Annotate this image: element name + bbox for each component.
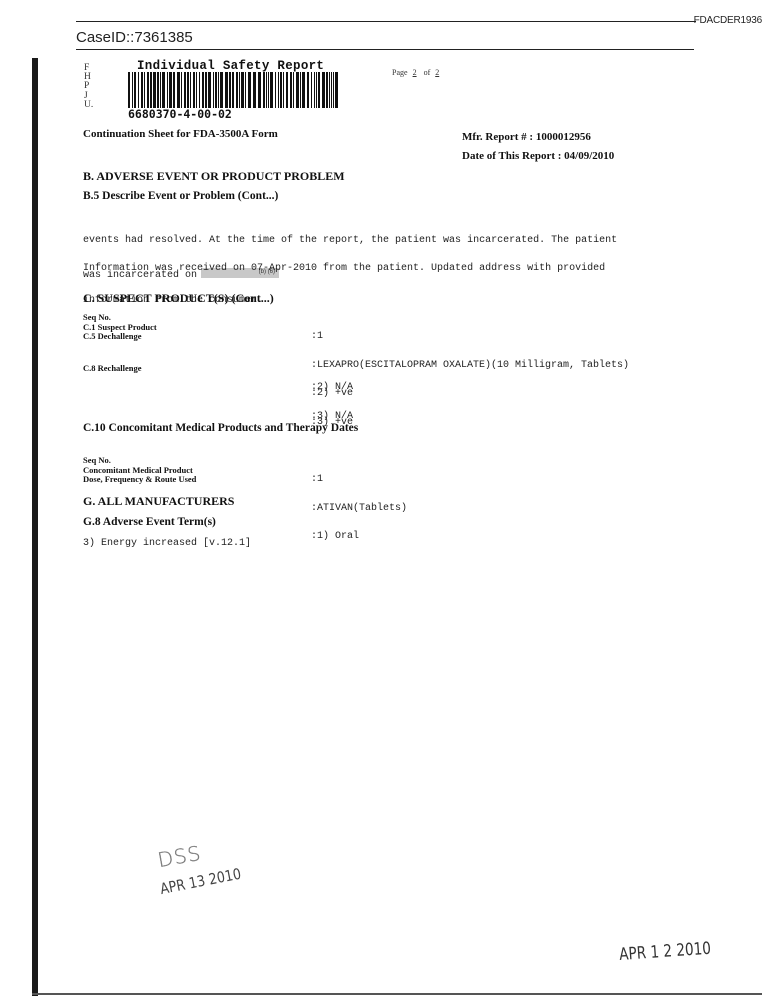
barcode-icon [128,72,338,108]
section-c10-heading: C.10 Concomitant Medical Products and Th… [83,422,358,434]
report-title: Individual Safety Report [137,59,324,73]
continuation-title: Continuation Sheet for FDA-3500A Form [83,128,278,140]
section-g8-heading: G.8 Adverse Event Term(s) [83,516,216,528]
page-current: 2 [410,68,420,77]
initials-stamp: DSS [156,841,203,872]
received-date-stamp-2: APR 1 2 2010 [619,939,712,965]
report-date: Date of This Report : 04/09/2010 [462,150,614,162]
section-b5-heading: B.5 Describe Event or Problem (Cont...) [83,190,278,202]
adverse-event-term: 3) Energy increased [v.12.1] [83,539,251,550]
section-b-heading: B. ADVERSE EVENT OR PRODUCT PROBLEM [83,169,345,184]
case-id: CaseID::7361385 [76,29,193,46]
rechallenge-values: :2) N/A :3) N/A [311,364,353,431]
document-code: FDACDER1936 [694,15,762,26]
scan-left-edge [32,58,38,996]
concomitant-labels: Seq No. Concomitant Medical Product Dose… [83,456,196,485]
mfr-report-number: Mfr. Report # : 1000012956 [462,131,591,143]
header-top-rule [76,21,696,22]
suspect-product-values: :1 :LEXAPRO(ESCITALOPRAM OXALATE)(10 Mil… [311,313,629,437]
section-c-heading: C. SUSPECT PRODUCT(S) (Cont...) [83,291,274,306]
section-g-heading: G. ALL MANUFACTURERS [83,494,234,509]
margin-letters: F H P J U. [84,64,93,110]
concomitant-values: :1 :ATIVAN(Tablets) :1) Oral [311,456,407,551]
page-indicator: Page 2 of 2 [392,68,442,77]
scan-bottom-edge [32,993,762,995]
page-total: 2 [432,68,442,77]
suspect-product-labels: Seq No. C.1 Suspect Product C.5 Dechalle… [83,313,157,342]
rechallenge-label: C.8 Rechallenge [83,364,142,374]
header-bottom-rule [76,49,694,50]
barcode-number: 6680370-4-00-02 [128,107,232,121]
